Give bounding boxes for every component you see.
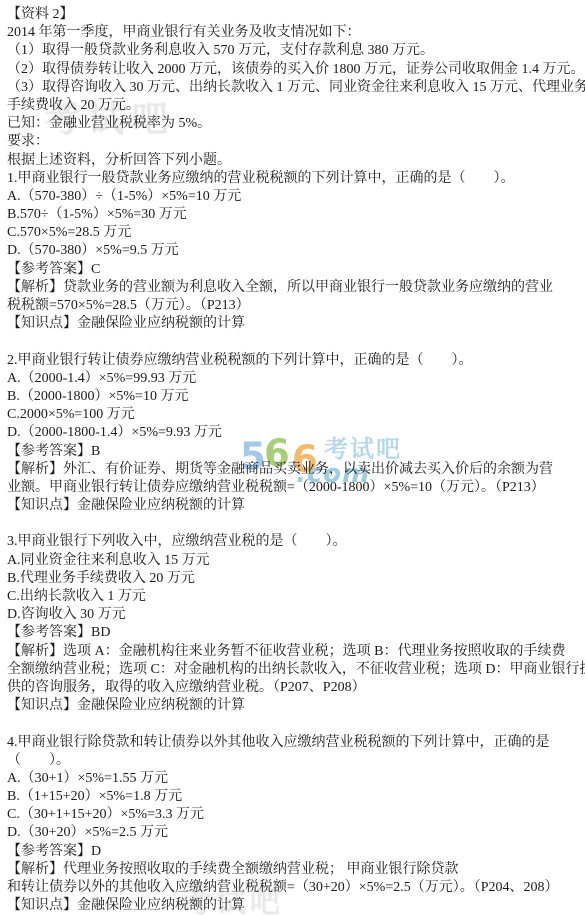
question-2-option-d: D.（2000-1800-1.4）×5%=9.93 万元 [7, 424, 581, 442]
question-3-analysis-line-2: 全额缴纳营业税；选项 C：对金融机构的出纳长款收入，不征收营业税；选项 D：甲商… [7, 661, 581, 679]
question-4-stem-line-2: （ ）。 [7, 752, 581, 770]
question-4-option-c: C.（30+1+15+20）×5%=3.3 万元 [7, 806, 581, 824]
question-1-option-d: D.（570-380）×5%=9.5 万元 [7, 242, 581, 260]
material-require-label: 要求： [7, 133, 581, 151]
question-3-knowledge-line: 【知识点】金融保险业应纳税额的计算 [7, 697, 581, 715]
knowledge-label: 【知识点】 [7, 498, 77, 513]
question-1-knowledge-value: 金融保险业应纳税额的计算 [77, 316, 245, 331]
question-2-answer-line: 【参考答案】B [7, 443, 581, 461]
question-2-option-c: C.2000×5%=100 万元 [7, 406, 581, 424]
material-item-3: （3）取得咨询收入 30 万元、出纳长款收入 1 万元、同业资金往来利息收入 1… [7, 79, 581, 97]
question-4-analysis-line-1: 【解析】代理业务按照收取的手续费全额缴纳营业税； 甲商业银行除贷款 [7, 861, 581, 879]
question-3-knowledge-value: 金融保险业应纳税额的计算 [77, 698, 245, 713]
question-1-option-a: A.（570-380）÷（1-5%）×5%=10 万元 [7, 188, 581, 206]
question-3-option-d: D.咨询收入 30 万元 [7, 606, 581, 624]
material-item-1: （1）取得一般贷款业务利息收入 570 万元，支付存款利息 380 万元。 [7, 42, 581, 60]
question-4-option-b: B.（1+15+20）×5%=1.8 万元 [7, 788, 581, 806]
question-4-answer-line: 【参考答案】D [7, 843, 581, 861]
question-2-option-b: B.（2000-1800）×5%=10 万元 [7, 388, 581, 406]
knowledge-label: 【知识点】 [7, 898, 77, 913]
question-3-answer-line: 【参考答案】BD [7, 624, 581, 642]
material-known-line: 已知：金融业营业税税率为 5%。 [7, 115, 581, 133]
question-4-knowledge-value: 金融保险业应纳税额的计算 [77, 898, 245, 913]
question-2-knowledge-value: 金融保险业应纳税额的计算 [77, 498, 245, 513]
material-item-2: （2）取得债券转让收入 2000 万元，该债券的买入价 1800 万元，证券公司… [7, 61, 581, 79]
question-3-answer-value: BD [91, 625, 110, 640]
question-2-analysis-line-2: 业额。甲商业银行转让债券应缴纳营业税税额=（2000-1800）×5%=10（万… [7, 479, 581, 497]
question-1-option-b: B.570÷（1-5%）×5%=30 万元 [7, 206, 581, 224]
question-1: 1.甲商业银行一般贷款业务应缴纳的营业税税额的下列计算中，正确的是（ ）。 A.… [7, 170, 581, 334]
knowledge-label: 【知识点】 [7, 698, 77, 713]
question-1-knowledge-line: 【知识点】金融保险业应纳税额的计算 [7, 315, 581, 333]
question-4: 4.甲商业银行除贷款和转让债券以外其他收入应缴纳营业税税额的下列计算中，正确的是… [7, 734, 581, 915]
knowledge-label: 【知识点】 [7, 316, 77, 331]
question-1-option-c: C.570×5%=28.5 万元 [7, 224, 581, 242]
answer-label: 【参考答案】 [7, 844, 91, 859]
answer-label: 【参考答案】 [7, 625, 91, 640]
exam-document: 【资料 2】 2014 年第一季度，甲商业银行有关业务及收支情况如下： （1）取… [0, 0, 585, 915]
question-4-analysis-line-2: 和转让债券以外的其他收入应缴纳营业税税额=（30+20）×5%=2.5（万元）。… [7, 879, 581, 897]
question-2-stem: 2.甲商业银行转让债券应缴纳营业税税额的下列计算中，正确的是（ ）。 [7, 352, 581, 370]
answer-label: 【参考答案】 [7, 262, 91, 277]
question-2: 2.甲商业银行转让债券应缴纳营业税税额的下列计算中，正确的是（ ）。 A.（20… [7, 352, 581, 516]
question-1-analysis-line-2: 税税额=570×5%=28.5（万元）。（P213） [7, 297, 581, 315]
question-4-answer-value: D [91, 844, 101, 859]
material-title: 【资料 2】 [7, 6, 581, 24]
question-4-stem-line-1: 4.甲商业银行除贷款和转让债券以外其他收入应缴纳营业税税额的下列计算中，正确的是 [7, 734, 581, 752]
question-1-stem: 1.甲商业银行一般贷款业务应缴纳的营业税税额的下列计算中，正确的是（ ）。 [7, 170, 581, 188]
question-1-answer-line: 【参考答案】C [7, 261, 581, 279]
question-3-analysis-line-1: 【解析】选项 A：金融机构往来业务暂不征收营业税；选项 B：代理业务按照收取的手… [7, 643, 581, 661]
question-1-answer-value: C [91, 262, 100, 277]
material-item-3-cont: 手续费收入 20 万元。 [7, 97, 581, 115]
question-3-option-c: C.出纳长款收入 1 万元 [7, 588, 581, 606]
question-2-option-a: A.（2000-1.4）×5%=99.93 万元 [7, 370, 581, 388]
question-4-knowledge-line: 【知识点】金融保险业应纳税额的计算 [7, 897, 581, 915]
question-4-option-a: A.（30+1）×5%=1.55 万元 [7, 770, 581, 788]
question-3-stem: 3.甲商业银行下列收入中，应缴纳营业税的是（ ）。 [7, 533, 581, 551]
question-4-option-d: D.（30+20）×5%=2.5 万元 [7, 824, 581, 842]
question-2-knowledge-line: 【知识点】金融保险业应纳税额的计算 [7, 497, 581, 515]
question-3-option-a: A.同业资金往来利息收入 15 万元 [7, 552, 581, 570]
material-intro-line: 2014 年第一季度，甲商业银行有关业务及收支情况如下： [7, 24, 581, 42]
question-3-analysis-line-3: 供的咨询服务，取得的收入应缴纳营业税。（P207、P208） [7, 679, 581, 697]
question-3-option-b: B.代理业务手续费收入 20 万元 [7, 570, 581, 588]
question-2-analysis-line-1: 【解析】外汇、有价证券、期货等金融商品买卖业务，以卖出价减去买入价后的余额为营 [7, 461, 581, 479]
material-require-line: 根据上述资料，分析回答下列小题。 [7, 152, 581, 170]
question-2-answer-value: B [91, 444, 100, 459]
question-3: 3.甲商业银行下列收入中，应缴纳营业税的是（ ）。 A.同业资金往来利息收入 1… [7, 533, 581, 715]
material-section: 【资料 2】 2014 年第一季度，甲商业银行有关业务及收支情况如下： （1）取… [7, 6, 581, 170]
question-1-analysis-line-1: 【解析】贷款业务的营业额为利息收入全额，所以甲商业银行一般贷款业务应缴纳的营业 [7, 279, 581, 297]
answer-label: 【参考答案】 [7, 444, 91, 459]
